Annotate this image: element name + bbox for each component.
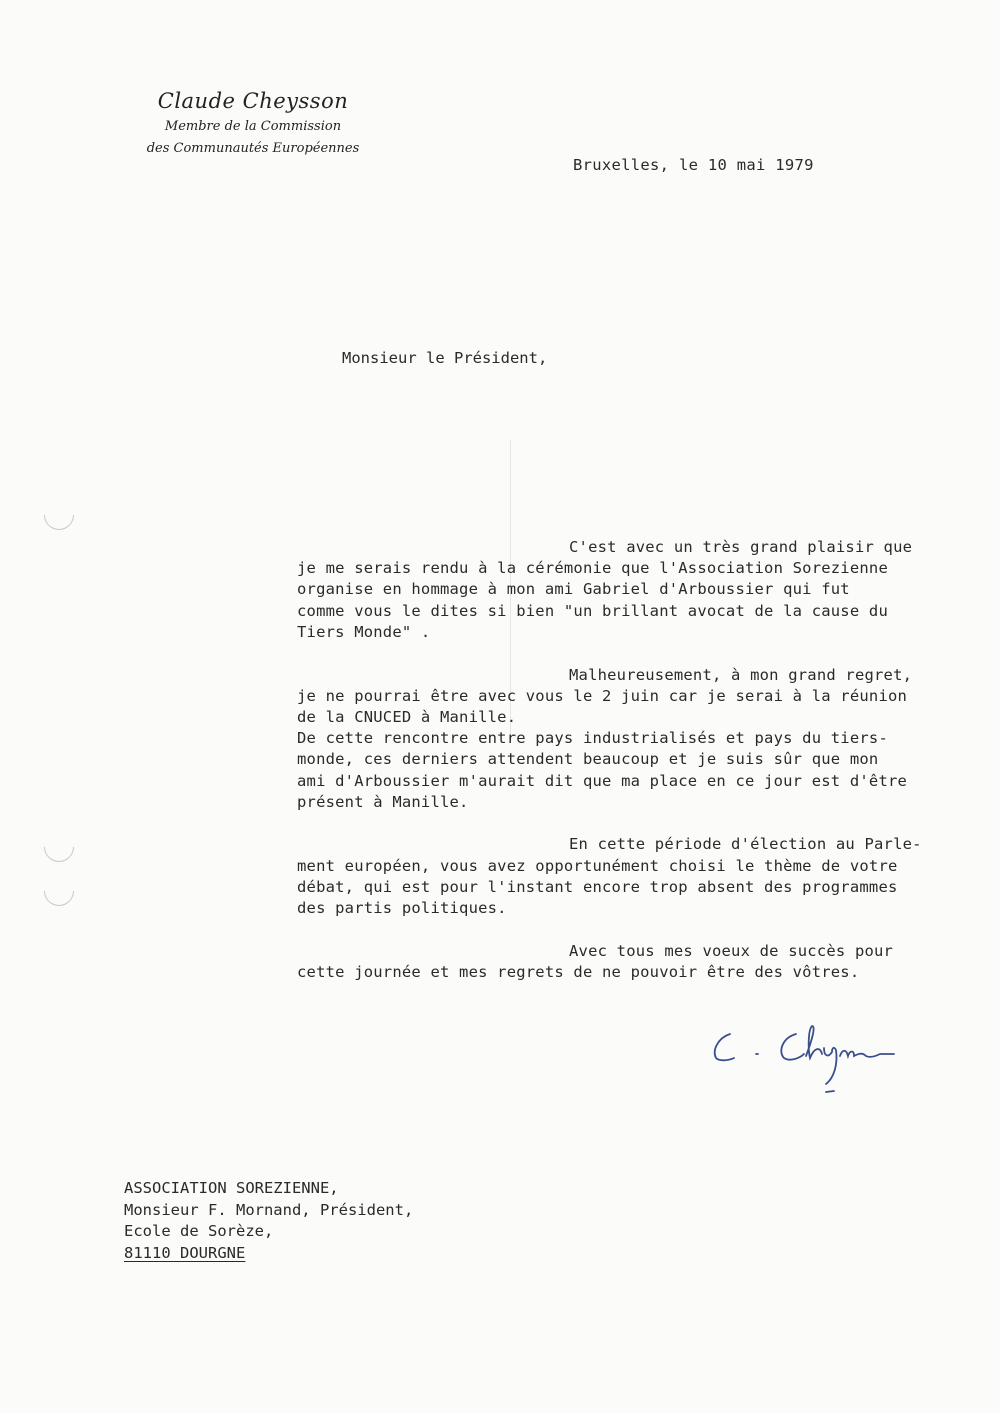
paragraph: Avec tous mes voeux de succès pour cette… — [297, 941, 937, 983]
paragraph: C'est avec un très grand plaisir que je … — [297, 537, 937, 643]
recipient-address: ASSOCIATION SOREZIENNE, Monsieur F. Morn… — [124, 1178, 413, 1264]
punch-hole — [38, 826, 80, 868]
paragraph-first-line: En cette période d'élection au Parle- — [569, 835, 922, 853]
paragraph-first-line: C'est avec un très grand plaisir que — [569, 538, 912, 556]
paragraph-text: ment européen, vous avez opportunément c… — [297, 857, 898, 917]
salutation: Monsieur le Président, — [342, 349, 547, 367]
letter-body: C'est avec un très grand plaisir que je … — [297, 537, 937, 1005]
address-line: ASSOCIATION SOREZIENNE, — [124, 1178, 413, 1200]
paragraph: En cette période d'élection au Parle- me… — [297, 834, 937, 919]
address-line: Monsieur F. Mornand, Président, — [124, 1200, 413, 1222]
paragraph: Malheureusement, à mon grand regret, je … — [297, 665, 937, 813]
punch-hole — [38, 494, 80, 536]
paragraph-first-line: Avec tous mes voeux de succès pour — [569, 942, 893, 960]
paragraph-first-line: Malheureusement, à mon grand regret, — [569, 666, 912, 684]
paragraph-text: cette journée et mes regrets de ne pouvo… — [297, 963, 859, 981]
letter-date: Bruxelles, le 10 mai 1979 — [573, 156, 814, 174]
punch-hole — [38, 870, 80, 912]
letterhead-name: Claude Cheysson — [118, 86, 388, 116]
address-line: Ecole de Sorèze, — [124, 1221, 413, 1243]
letterhead-institution: des Communautés Européennes — [118, 138, 388, 160]
handwritten-signature — [708, 1020, 988, 1100]
paragraph-text: je ne pourrai être avec vous le 2 juin c… — [297, 687, 907, 811]
letterhead: Claude Cheysson Membre de la Commission … — [118, 86, 388, 160]
letterhead-title: Membre de la Commission — [118, 116, 388, 138]
address-postal-line: 81110 DOURGNE — [124, 1243, 413, 1265]
paragraph-text: je me serais rendu à la cérémonie que l'… — [297, 559, 888, 641]
